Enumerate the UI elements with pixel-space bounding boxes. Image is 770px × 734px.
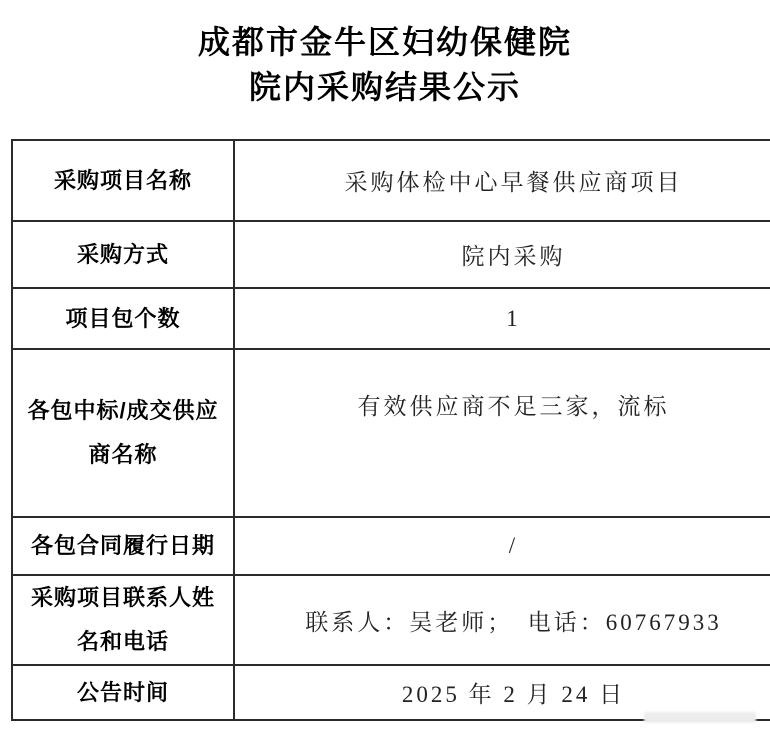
page-title-line1: 成都市金牛区妇幼保健院 bbox=[0, 20, 770, 65]
table-row: 采购项目联系人姓名和电话 联系人：吴老师； 电话：60767933 bbox=[12, 575, 770, 665]
table-row: 各包中标/成交供应商名称 有效供应商不足三家，流标 bbox=[12, 349, 770, 517]
table-row: 采购方式 院内采购 bbox=[12, 221, 770, 288]
row-label-contact-info: 采购项目联系人姓名和电话 bbox=[12, 575, 234, 665]
row-value-package-count: 1 bbox=[234, 288, 770, 349]
row-value-contact-info: 联系人：吴老师； 电话：60767933 bbox=[234, 575, 770, 665]
row-value-contract-period: / bbox=[234, 517, 770, 575]
table-row: 采购项目名称 采购体检中心早餐供应商项目 bbox=[12, 140, 770, 221]
row-label-announcement-date: 公告时间 bbox=[12, 665, 234, 720]
watermark bbox=[644, 712, 756, 723]
table-row: 各包合同履行日期 / bbox=[12, 517, 770, 575]
row-label-package-count: 项目包个数 bbox=[12, 288, 234, 349]
page-title-line2: 院内采购结果公示 bbox=[0, 65, 770, 110]
row-label-procurement-method: 采购方式 bbox=[12, 221, 234, 288]
page-title: 成都市金牛区妇幼保健院 院内采购结果公示 bbox=[0, 20, 770, 110]
row-value-procurement-method: 院内采购 bbox=[234, 221, 770, 288]
row-label-winning-supplier: 各包中标/成交供应商名称 bbox=[12, 349, 234, 517]
row-label-project-name: 采购项目名称 bbox=[12, 140, 234, 221]
row-value-winning-supplier: 有效供应商不足三家，流标 bbox=[234, 349, 770, 517]
table-row: 项目包个数 1 bbox=[12, 288, 770, 349]
row-value-project-name: 采购体检中心早餐供应商项目 bbox=[234, 140, 770, 221]
announcement-page: 成都市金牛区妇幼保健院 院内采购结果公示 采购项目名称 采购体检中心早餐供应商项… bbox=[0, 0, 770, 734]
procurement-result-table: 采购项目名称 采购体检中心早餐供应商项目 采购方式 院内采购 项目包个数 1 各… bbox=[11, 139, 770, 721]
row-label-contract-period: 各包合同履行日期 bbox=[12, 517, 234, 575]
